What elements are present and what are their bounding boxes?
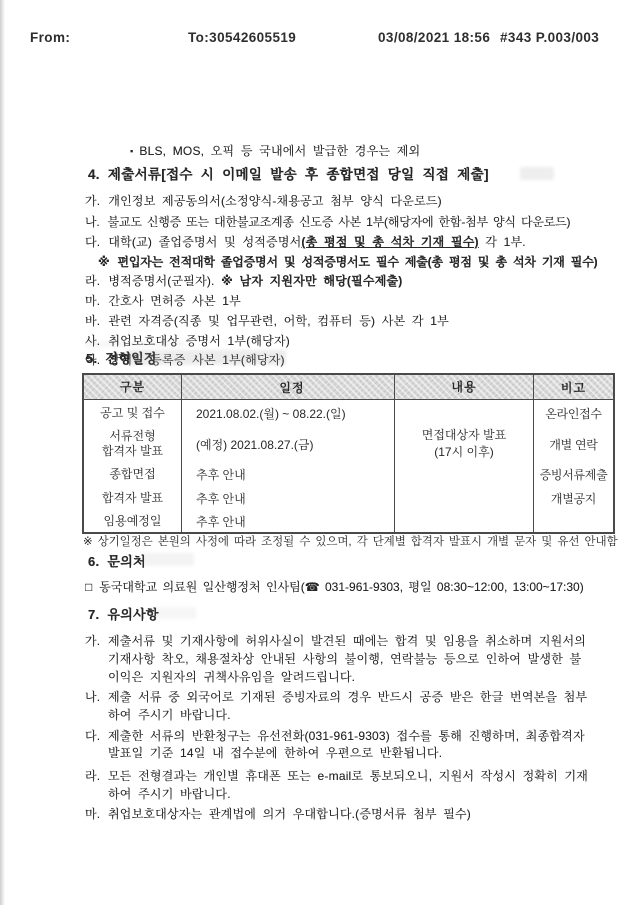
table-header-row: 구분 일정 내용 비고	[83, 374, 614, 400]
item-text: 대학(교) 졸업증명서 및 성적증명서	[108, 235, 301, 249]
table-row: 공고 및 접수 2021.08.02.(월) ~ 08.22.(일) 온라인접수	[83, 400, 614, 427]
note-line: 이익은 지원자의 귀책사유임을 알려드립니다.	[108, 668, 355, 685]
cell-content	[395, 486, 534, 510]
cell-schedule: 추후 안내	[182, 486, 395, 510]
cell-category: 임용예정일	[83, 510, 182, 533]
schedule-table: 구분 일정 내용 비고 공고 및 접수 2021.08.02.(월) ~ 08.…	[82, 373, 615, 534]
header-content: 내용	[395, 374, 534, 400]
scan-smudge	[142, 553, 194, 566]
doc-item-ga: 가.개인정보 제공동의서(소정양식-채용공고 첨부 양식 다운로드)	[85, 192, 442, 209]
note-line: 기재사항 착오, 채용절차상 안내된 사항의 불이행, 연락불능 등으로 인하여…	[108, 650, 581, 667]
note-line: 발표일 기준 14일 내 접수분에 한하여 우편으로 반환됩니다.	[108, 744, 442, 761]
table-row: 서류전형 합격자 발표 (예정) 2021.08.27.(금) 면접대상자 발표…	[83, 426, 614, 462]
note-label-ma: 마.	[85, 805, 100, 822]
fax-datetime: 03/08/2021 18:56	[378, 30, 490, 45]
header-schedule: 일정	[182, 374, 395, 400]
section7-title: 7. 유의사항	[88, 604, 159, 623]
note-line: 제출한 서류의 반환청구는 유선전화(031-961-9303) 접수를 통해 …	[108, 727, 585, 744]
cell-note: 개별 연락	[534, 426, 615, 462]
item-text-emphasis: (총 평점 및 총 석차 기재 필수)	[301, 235, 478, 249]
square-outline-bullet-icon: □	[85, 580, 92, 594]
cell-schedule: 추후 안내	[182, 462, 395, 486]
cell-schedule: 추후 안내	[182, 510, 395, 533]
fax-page-info: #343 P.003/003	[500, 30, 599, 45]
item-text: 병적증명서(군필자).	[108, 274, 221, 288]
doc-item-ra: 라.병적증명서(군필자). ※ 남자 지원자만 해당(필수제출)	[85, 272, 403, 289]
doc-item-na: 나.불교도 신행증 또는 대한불교조계종 신도증 사본 1부(해당자에 한함-첨…	[85, 213, 570, 230]
scan-smudge	[85, 341, 185, 347]
contact-text: 동국대학교 의료원 일산행정처 인사팀(☎ 031-961-9303, 평일 0…	[99, 580, 583, 594]
item-label: 가.	[85, 192, 100, 209]
item-text: 간호사 면허증 사본 1부	[108, 294, 241, 308]
cell-note: 온라인접수	[534, 400, 615, 427]
item-text: 개인정보 제공동의서(소정양식-채용공고 첨부 양식 다운로드)	[108, 194, 442, 208]
item-text: 불교도 신행증 또는 대한불교조계종 신도증 사본 1부(해당자에 한함-첨부 …	[108, 215, 571, 229]
cell-content: 면접대상자 발표 (17시 이후)	[395, 426, 534, 462]
item-label: 다.	[85, 233, 100, 250]
reference-mark: ※	[98, 255, 109, 269]
item-text: 편입자는 전적대학 졸업증명서 및 성적증명서도 필수 제출(총 평점 및 총 …	[117, 255, 597, 269]
table-row: 합격자 발표 추후 안내 개별공지	[83, 486, 614, 510]
cell-note	[534, 510, 615, 533]
cell-category: 종합면접	[83, 462, 182, 486]
item-label: 나.	[85, 213, 100, 230]
note-line: 하여 주시기 바랍니다.	[108, 706, 231, 723]
contact-line: □동국대학교 의료원 일산행정처 인사팀(☎ 031-961-9303, 평일 …	[85, 578, 584, 595]
item-label: 마.	[85, 292, 100, 309]
note-label-da: 다.	[85, 727, 100, 744]
section4-title: 4. 제출서류[접수 시 이메일 발송 후 종합면접 당일 직접 제출]	[88, 163, 489, 183]
header-note: 비고	[534, 374, 615, 400]
item-text-emphasis: ※ 남자 지원자만 해당(필수제출)	[221, 274, 402, 288]
section6-title: 6. 문의처	[88, 551, 146, 570]
bls-exclusion-text: BLS, MOS, 오픽 등 국내에서 발급한 경우는 제외	[139, 144, 420, 158]
bls-exclusion-note: ▪BLS, MOS, 오픽 등 국내에서 발급한 경우는 제외	[130, 142, 420, 159]
note-line: 제출 서류 중 외국어로 기재된 증빙자료의 경우 반드시 공증 받은 한글 번…	[108, 688, 587, 705]
note-line: 제출서류 및 기재사항에 허위사실이 발견된 때에는 합격 및 임용을 취소하며…	[108, 632, 586, 649]
cell-schedule: 2021.08.02.(월) ~ 08.22.(일)	[182, 400, 395, 427]
table-row: 종합면접 추후 안내 증빙서류제출	[83, 462, 614, 486]
doc-item-ba: 바.관련 자격증(직종 및 업무관련, 어학, 컴퓨터 등) 사본 각 1부	[85, 312, 449, 329]
note-label-ra: 라.	[85, 767, 100, 784]
table-row: 임용예정일 추후 안내	[83, 510, 614, 533]
item-label: 라.	[85, 272, 100, 289]
note-line: 하여 주시기 바랍니다.	[108, 785, 231, 802]
cell-note: 개별공지	[534, 486, 615, 510]
cell-note: 증빙서류제출	[534, 462, 615, 486]
header-category: 구분	[83, 374, 182, 400]
item-text: 각 1부.	[479, 235, 526, 249]
cell-category: 공고 및 접수	[83, 400, 182, 427]
cell-schedule: (예정) 2021.08.27.(금)	[182, 426, 395, 462]
scan-smudge	[520, 167, 554, 180]
doc-item-ma: 마.간호사 면허증 사본 1부	[85, 292, 241, 309]
scan-smudge	[128, 350, 286, 365]
cell-content	[395, 510, 534, 533]
cell-content	[395, 400, 534, 427]
note-line: 취업보호대상자는 관계법에 의거 우대합니다.(증명서류 첨부 필수)	[108, 805, 471, 822]
note-label-ga: 가.	[85, 632, 100, 649]
cell-category: 서류전형 합격자 발표	[83, 426, 182, 462]
square-bullet-icon: ▪	[130, 146, 133, 156]
cell-category: 합격자 발표	[83, 486, 182, 510]
doc-item-da: 다.대학(교) 졸업증명서 및 성적증명서(총 평점 및 총 석차 기재 필수)…	[85, 233, 526, 250]
note-label-na: 나.	[85, 688, 100, 705]
fax-document-page: From: To:30542605519 03/08/2021 18:56 #3…	[0, 0, 640, 905]
doc-item-transfer-note: ※편입자는 전적대학 졸업증명서 및 성적증명서도 필수 제출(총 평점 및 총…	[98, 253, 597, 270]
scan-edge-shadow	[0, 0, 5, 905]
scan-smudge	[150, 607, 196, 619]
cell-content	[395, 462, 534, 486]
schedule-table-header: 구분 일정 내용 비고	[83, 374, 614, 400]
fax-to-number: To:30542605519	[188, 30, 296, 45]
item-label: 바.	[85, 312, 100, 329]
note-line: 모든 전형결과는 개인별 휴대폰 또는 e-mail로 통보되오니, 지원서 작…	[108, 767, 588, 784]
fax-from-label: From:	[30, 30, 70, 45]
schedule-footnote: ※ 상기일정은 본원의 사정에 따라 조정될 수 있으며, 각 단계별 합격자 …	[83, 533, 618, 549]
item-text: 관련 자격증(직종 및 업무관련, 어학, 컴퓨터 등) 사본 각 1부	[108, 314, 449, 328]
